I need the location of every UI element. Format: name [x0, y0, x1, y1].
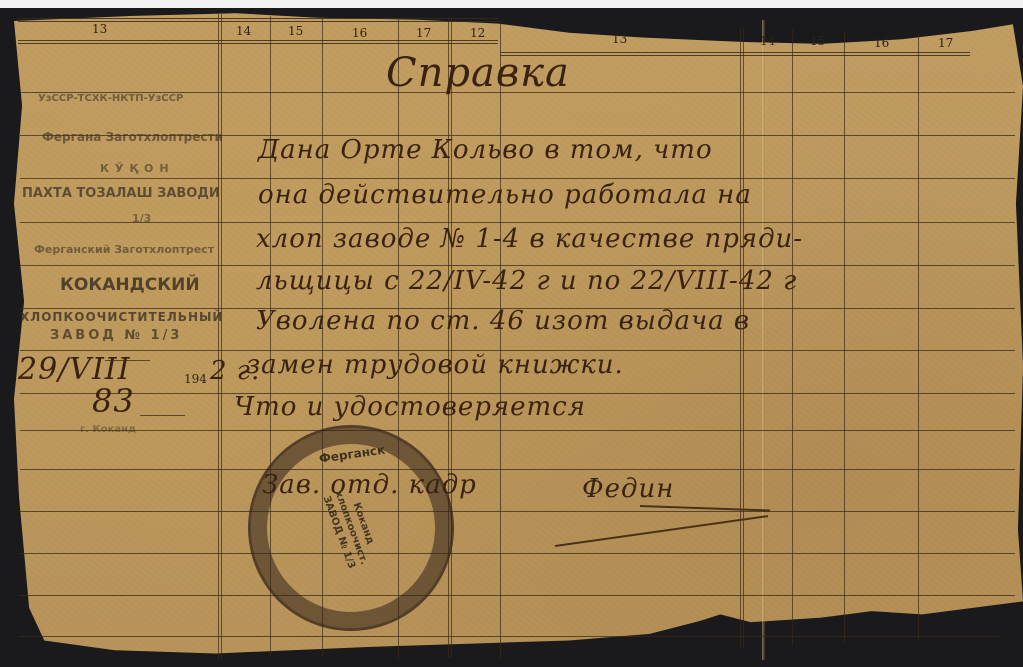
stamp-line-trust-ru: Ферганский Заготхлоптрест: [34, 243, 214, 256]
handwritten-number: 83: [92, 382, 135, 420]
column-line: [918, 34, 919, 639]
ruled-line: [20, 469, 1015, 470]
ruled-line: [20, 636, 1000, 637]
scan-top-margin: [0, 0, 1023, 8]
signature: Федин: [582, 474, 674, 504]
column-number: 15: [810, 34, 825, 48]
body-line-3: хлоп заводе № 1-4 в качестве пряди-: [256, 224, 803, 254]
column-number: 12: [470, 26, 485, 40]
body-line-2: она действительно работала на: [258, 180, 752, 210]
body-line-5: Уволена по ст. 46 изот выдача в: [256, 306, 750, 336]
ruled-line: [20, 511, 1015, 512]
column-number: 14: [236, 24, 251, 38]
ruled-line: [20, 595, 1015, 596]
column-number: 17: [416, 26, 431, 40]
column-number: 13: [92, 22, 107, 36]
stamp-line-factory-uz: ПАХТА ТОЗАЛАШ ЗАВОДИ: [22, 186, 220, 201]
stamp-line-factory-number: ЗАВОД № 1/3: [50, 328, 182, 343]
column-line: [500, 20, 501, 660]
year-printed: 194: [184, 372, 207, 386]
column-number: 15: [288, 24, 303, 38]
stamp-line-factory-number-uz: 1/3: [132, 212, 151, 225]
column-number: 13: [612, 32, 627, 46]
stamp-line-cotton-gin: ХЛОПКООЧИСТИТЕЛЬНЫЙ: [20, 310, 223, 324]
column-number: 14: [760, 34, 775, 48]
paper-crease: [762, 20, 765, 660]
body-line-4: льщицы с 22/IV-42 г и по 22/VIII-42 г: [256, 266, 797, 296]
body-line-6: замен трудовой книжки.: [246, 350, 624, 380]
stamp-line-city: г. Коканд: [80, 424, 136, 435]
signature-label: Зав. отд. кадр: [262, 470, 477, 500]
stamp-line-kokand: КОКАНДСКИЙ: [60, 275, 200, 295]
number-underline: [140, 415, 185, 416]
column-number: 16: [874, 36, 889, 50]
column-line: [740, 28, 741, 648]
ruled-line: [20, 553, 1015, 554]
header-rule-top-left: [18, 18, 498, 19]
stamp-line-ministry: УзССР-ТСХК-НКТП-УзССР: [38, 93, 183, 104]
stamp-line-city-uz: КЎҚОН: [100, 162, 175, 175]
header-rule-left: [18, 40, 498, 41]
column-line: [844, 32, 845, 642]
document-title: Справка: [386, 50, 570, 96]
date-underline: [105, 360, 150, 361]
seal-outer-text: Ферганск: [318, 443, 386, 466]
body-line-1: Дана Орте Кольво в том, что: [258, 135, 713, 165]
column-number: 17: [938, 36, 953, 50]
column-number: 16: [352, 26, 367, 40]
body-line-7: Что и удостоверяется: [234, 392, 586, 422]
column-line: [792, 30, 793, 645]
header-rule-right: [500, 52, 970, 53]
stamp-line-trust-uz: Фергана Заготхлоптрести: [42, 130, 223, 144]
